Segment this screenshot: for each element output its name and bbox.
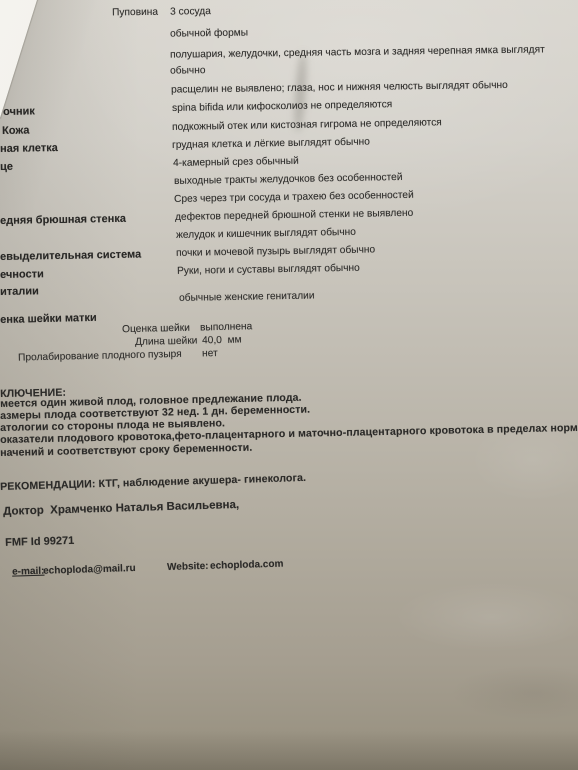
cervix-label: Пролабирование плодного пузыря [18,349,182,364]
finding-value: обычные женские гениталии [179,291,315,304]
recommendations-line: РЕКОМЕНДАЦИИ: КТГ, наблюдение акушера- г… [0,462,578,495]
website-label: Website: [167,561,209,573]
finding-label: ечности [0,268,44,281]
finding-value: 3 сосуда [170,6,211,18]
finding-label: едняя брюшная стенка [0,213,126,227]
finding-value: 4-камерный срез обычный [173,156,299,169]
cervix-value: выполнена [200,321,252,333]
cervix-header-label: енка шейки матки [0,312,97,326]
doctor-name: Доктор Храмченко Наталья Васильевна, [3,499,239,518]
finding-value: грудная клетка и лёгкие выглядят обычно [172,137,370,151]
cervix-label: Длина шейки [135,336,198,348]
email-label: e-mail: [12,566,45,578]
contacts-line: e-mail: echoploda@mail.ru Website: echop… [0,548,578,581]
report-photo: Пуповина 3 сосуда обычной формы полушари… [0,0,578,770]
finding-value: полушария, желудочки, средняя часть мозг… [170,44,545,60]
finding-value: дефектов передней брюшной стенки не выяв… [175,208,413,223]
finding-value: spina bifida или кифосколиоз не определя… [172,99,392,114]
finding-value: подкожный отек или кистозная гигрома не … [172,117,442,133]
finding-value: Руки, ноги и суставы выглядят обычно [177,263,360,277]
fmf-id: FMF Id 99271 [5,535,74,549]
finding-label: Кожа [2,124,30,136]
report-content: Пуповина 3 сосуда обычной формы полушари… [0,0,578,770]
recommendations-text: РЕКОМЕНДАЦИИ: КТГ, наблюдение акушера- г… [0,472,306,493]
finding-value: желудок и кишечник выглядят обычно [176,227,356,241]
finding-value: почки и мочевой пузырь выглядят обычно [176,244,375,258]
finding-value: Срез через три сосуда и трахею без особе… [174,190,414,205]
finding-label: ная клетка [0,142,58,155]
finding-value: обычно [170,65,206,76]
finding-row-shape: обычной формы [0,22,578,45]
fmf-id-line: FMF Id 99271 [0,518,578,551]
finding-row-umbilical: Пуповина 3 сосуда [0,0,578,23]
finding-label: Пуповина [112,7,158,19]
email-value: echoploda@mail.ru [43,563,136,577]
cervix-value: 40,0 мм [202,335,242,347]
finding-value: выходные тракты желудочков без особеннос… [174,172,403,187]
cervix-value: нет [202,348,218,359]
finding-label: це [0,161,13,173]
website-value: echoploda.com [210,559,284,572]
finding-label: очник [3,105,35,118]
finding-value: обычной формы [170,28,248,40]
cervix-label: Оценка шейки [122,323,190,336]
finding-label: евыделительная система [0,249,141,263]
finding-value: расщелин не выявлено; глаза, нос и нижня… [171,80,508,96]
